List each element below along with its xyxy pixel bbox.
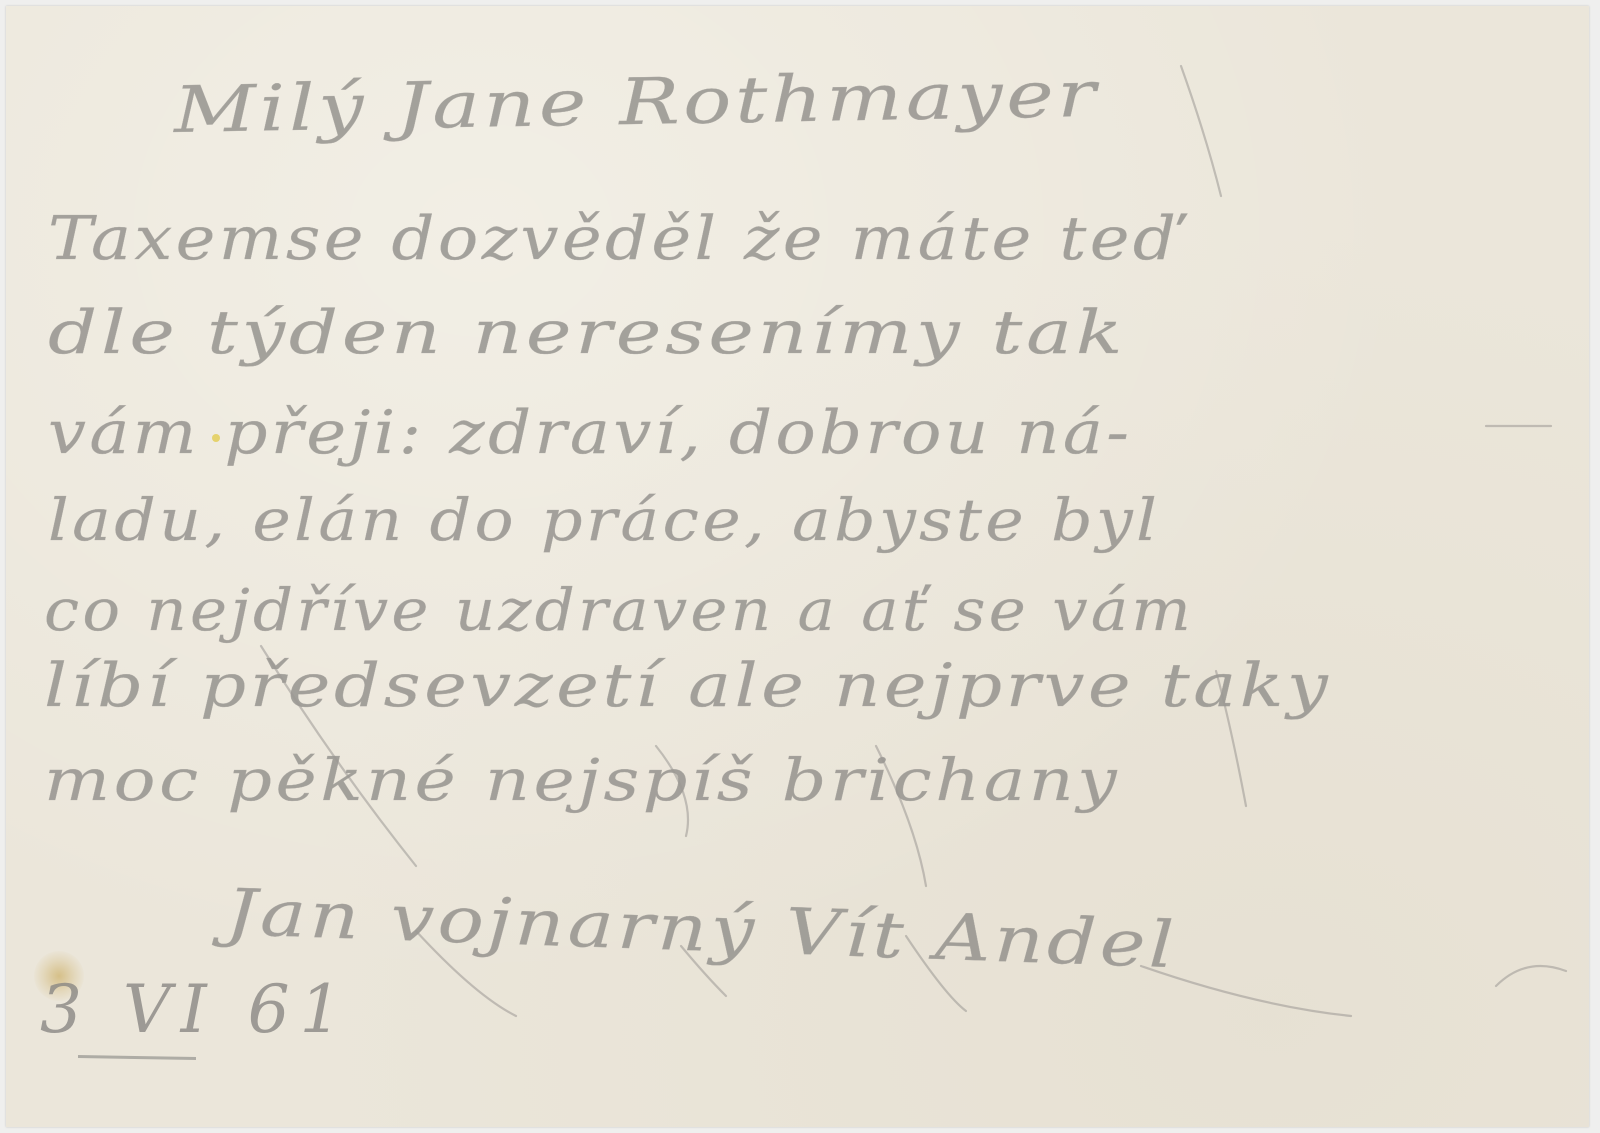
- letter-line-6: líbí předsevzetí ale nejprve taky: [44, 651, 1331, 721]
- closing-signature: Jan vojnarný Vít Andel: [225, 876, 1179, 983]
- date-underline: [78, 1055, 196, 1060]
- letter-line-1: Taxemse dozvěděl že máte teď: [48, 204, 1179, 274]
- salutation: Milý Jane Rothmayer: [173, 58, 1100, 148]
- letter-line-2: dle týden neresenímy tak: [48, 298, 1126, 368]
- letter-line-4: ladu, elán do práce, abyste byl: [48, 486, 1160, 554]
- postcard: Milý Jane Rothmayer Taxemse dozvěděl že …: [6, 6, 1589, 1127]
- letter-line-7: moc pěkné nejspíš brichany: [44, 746, 1120, 814]
- letter-line-3: vám přeji: zdraví, dobrou ná-: [48, 398, 1132, 468]
- date: 3 VI 61: [40, 971, 352, 1048]
- letter-line-5: co nejdříve uzdraven a ať se vám: [44, 576, 1194, 644]
